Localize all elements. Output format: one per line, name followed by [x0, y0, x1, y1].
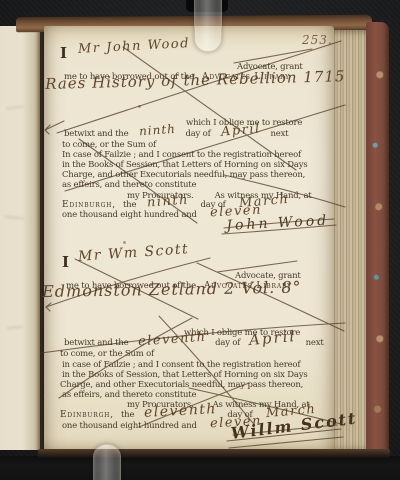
- ink-bleedthrough: [4, 215, 24, 220]
- photograph-of-register-page: 253. I Mr John Wood Advocate, grant me t…: [0, 0, 400, 480]
- ink-bleedthrough: [7, 325, 23, 330]
- return-month-handwritten: April: [220, 121, 261, 139]
- table-surface: [0, 456, 400, 480]
- ink-speck: [123, 241, 126, 244]
- page-fore-edge: [332, 30, 368, 454]
- page-number: 253.: [302, 29, 333, 48]
- book-strap-bottom: [93, 444, 121, 480]
- book-strap-top: [194, 0, 222, 52]
- printed-opening-i: I: [62, 252, 69, 271]
- ink-speck: [138, 105, 141, 108]
- printed-opening-i: I: [60, 43, 67, 62]
- return-month-handwritten: April: [249, 327, 298, 349]
- marbled-cover-edge: [366, 22, 389, 462]
- facing-page-edge: [0, 26, 40, 450]
- page-number-text: 253.: [302, 33, 333, 47]
- ink-bleedthrough: [6, 105, 24, 110]
- book-cover-bottom-edge: [38, 449, 390, 458]
